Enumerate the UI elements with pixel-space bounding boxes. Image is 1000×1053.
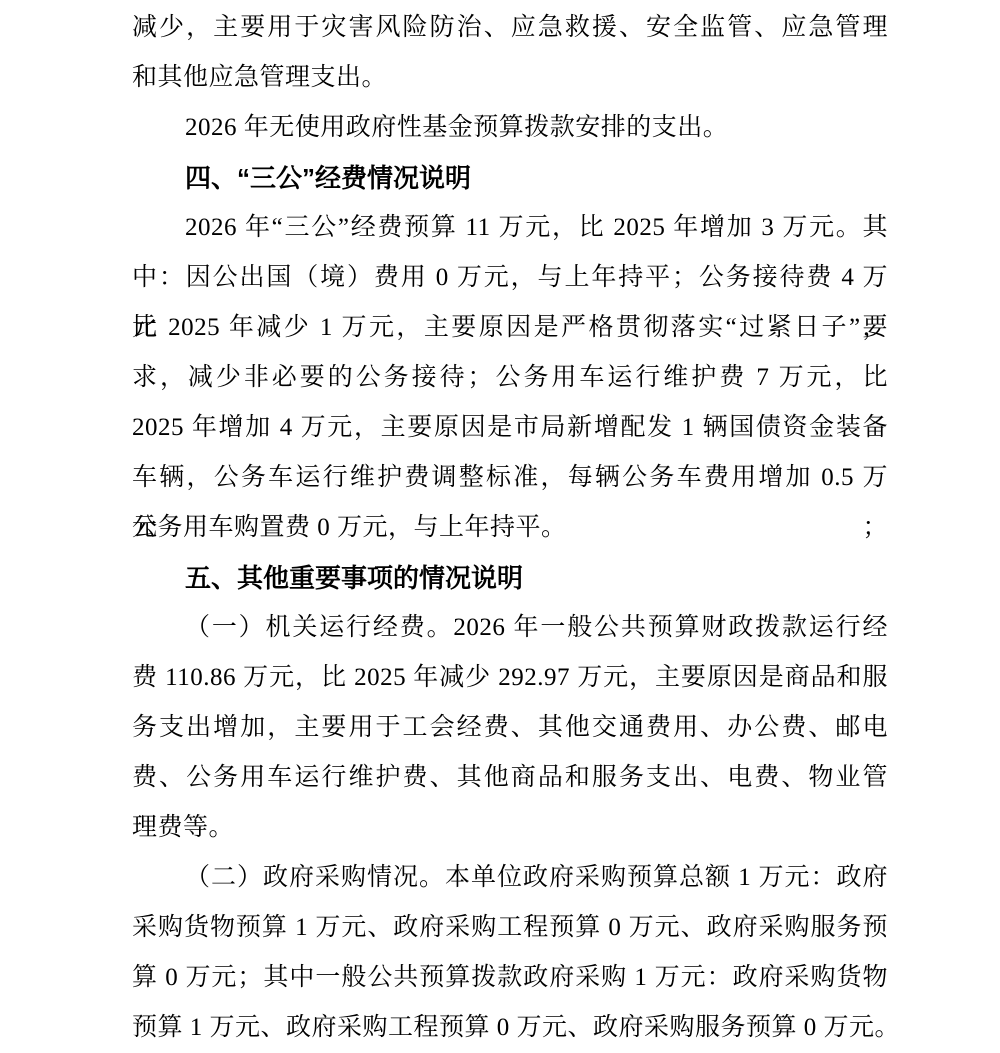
section-heading: 四、“三公”经费情况说明 <box>132 153 888 203</box>
document-line: 费 110.86 万元，比 2025 年减少 292.97 万元，主要原因是商品… <box>132 653 888 703</box>
document-line: 采购货物预算 1 万元、政府采购工程预算 0 万元、政府采购服务预 <box>132 903 888 953</box>
document-line: 2026 年“三公”经费预算 11 万元，比 2025 年增加 3 万元。其 <box>132 203 888 253</box>
document-line: 比 2025 年减少 1 万元，主要原因是严格贯彻落实“过紧日子”要 <box>132 303 888 353</box>
document-line: 中：因公出国（境）费用 0 万元，与上年持平；公务接待费 4 万元， <box>132 253 888 303</box>
document-line: （二）政府采购情况。本单位政府采购预算总额 1 万元：政府 <box>132 853 888 903</box>
document-line: 减少，主要用于灾害风险防治、应急救援、安全监管、应急管理 <box>132 3 888 53</box>
document-line: 和其他应急管理支出。 <box>132 53 888 103</box>
document-line: 车辆，公务车运行维护费调整标准，每辆公务车费用增加 0.5 万元； <box>132 453 888 503</box>
document-line: 求，减少非必要的公务接待；公务用车运行维护费 7 万元，比 <box>132 353 888 403</box>
document-line: 务支出增加，主要用于工会经费、其他交通费用、办公费、邮电 <box>132 703 888 753</box>
document-line: 预算 1 万元、政府采购工程预算 0 万元、政府采购服务预算 0 万元。 <box>132 1003 888 1053</box>
document-line: 理费等。 <box>132 803 888 853</box>
section-heading: 五、其他重要事项的情况说明 <box>132 553 888 603</box>
document-line: 算 0 万元；其中一般公共预算拨款政府采购 1 万元：政府采购货物 <box>132 953 888 1003</box>
document-line: 2026 年无使用政府性基金预算拨款安排的支出。 <box>132 103 888 153</box>
document-page: 减少，主要用于灾害风险防治、应急救援、安全监管、应急管理和其他应急管理支出。20… <box>0 0 1000 1053</box>
document-line: 费、公务用车运行维护费、其他商品和服务支出、电费、物业管 <box>132 753 888 803</box>
document-line: （一）机关运行经费。2026 年一般公共预算财政拨款运行经 <box>132 603 888 653</box>
document-line: 2025 年增加 4 万元，主要原因是市局新增配发 1 辆国债资金装备 <box>132 403 888 453</box>
